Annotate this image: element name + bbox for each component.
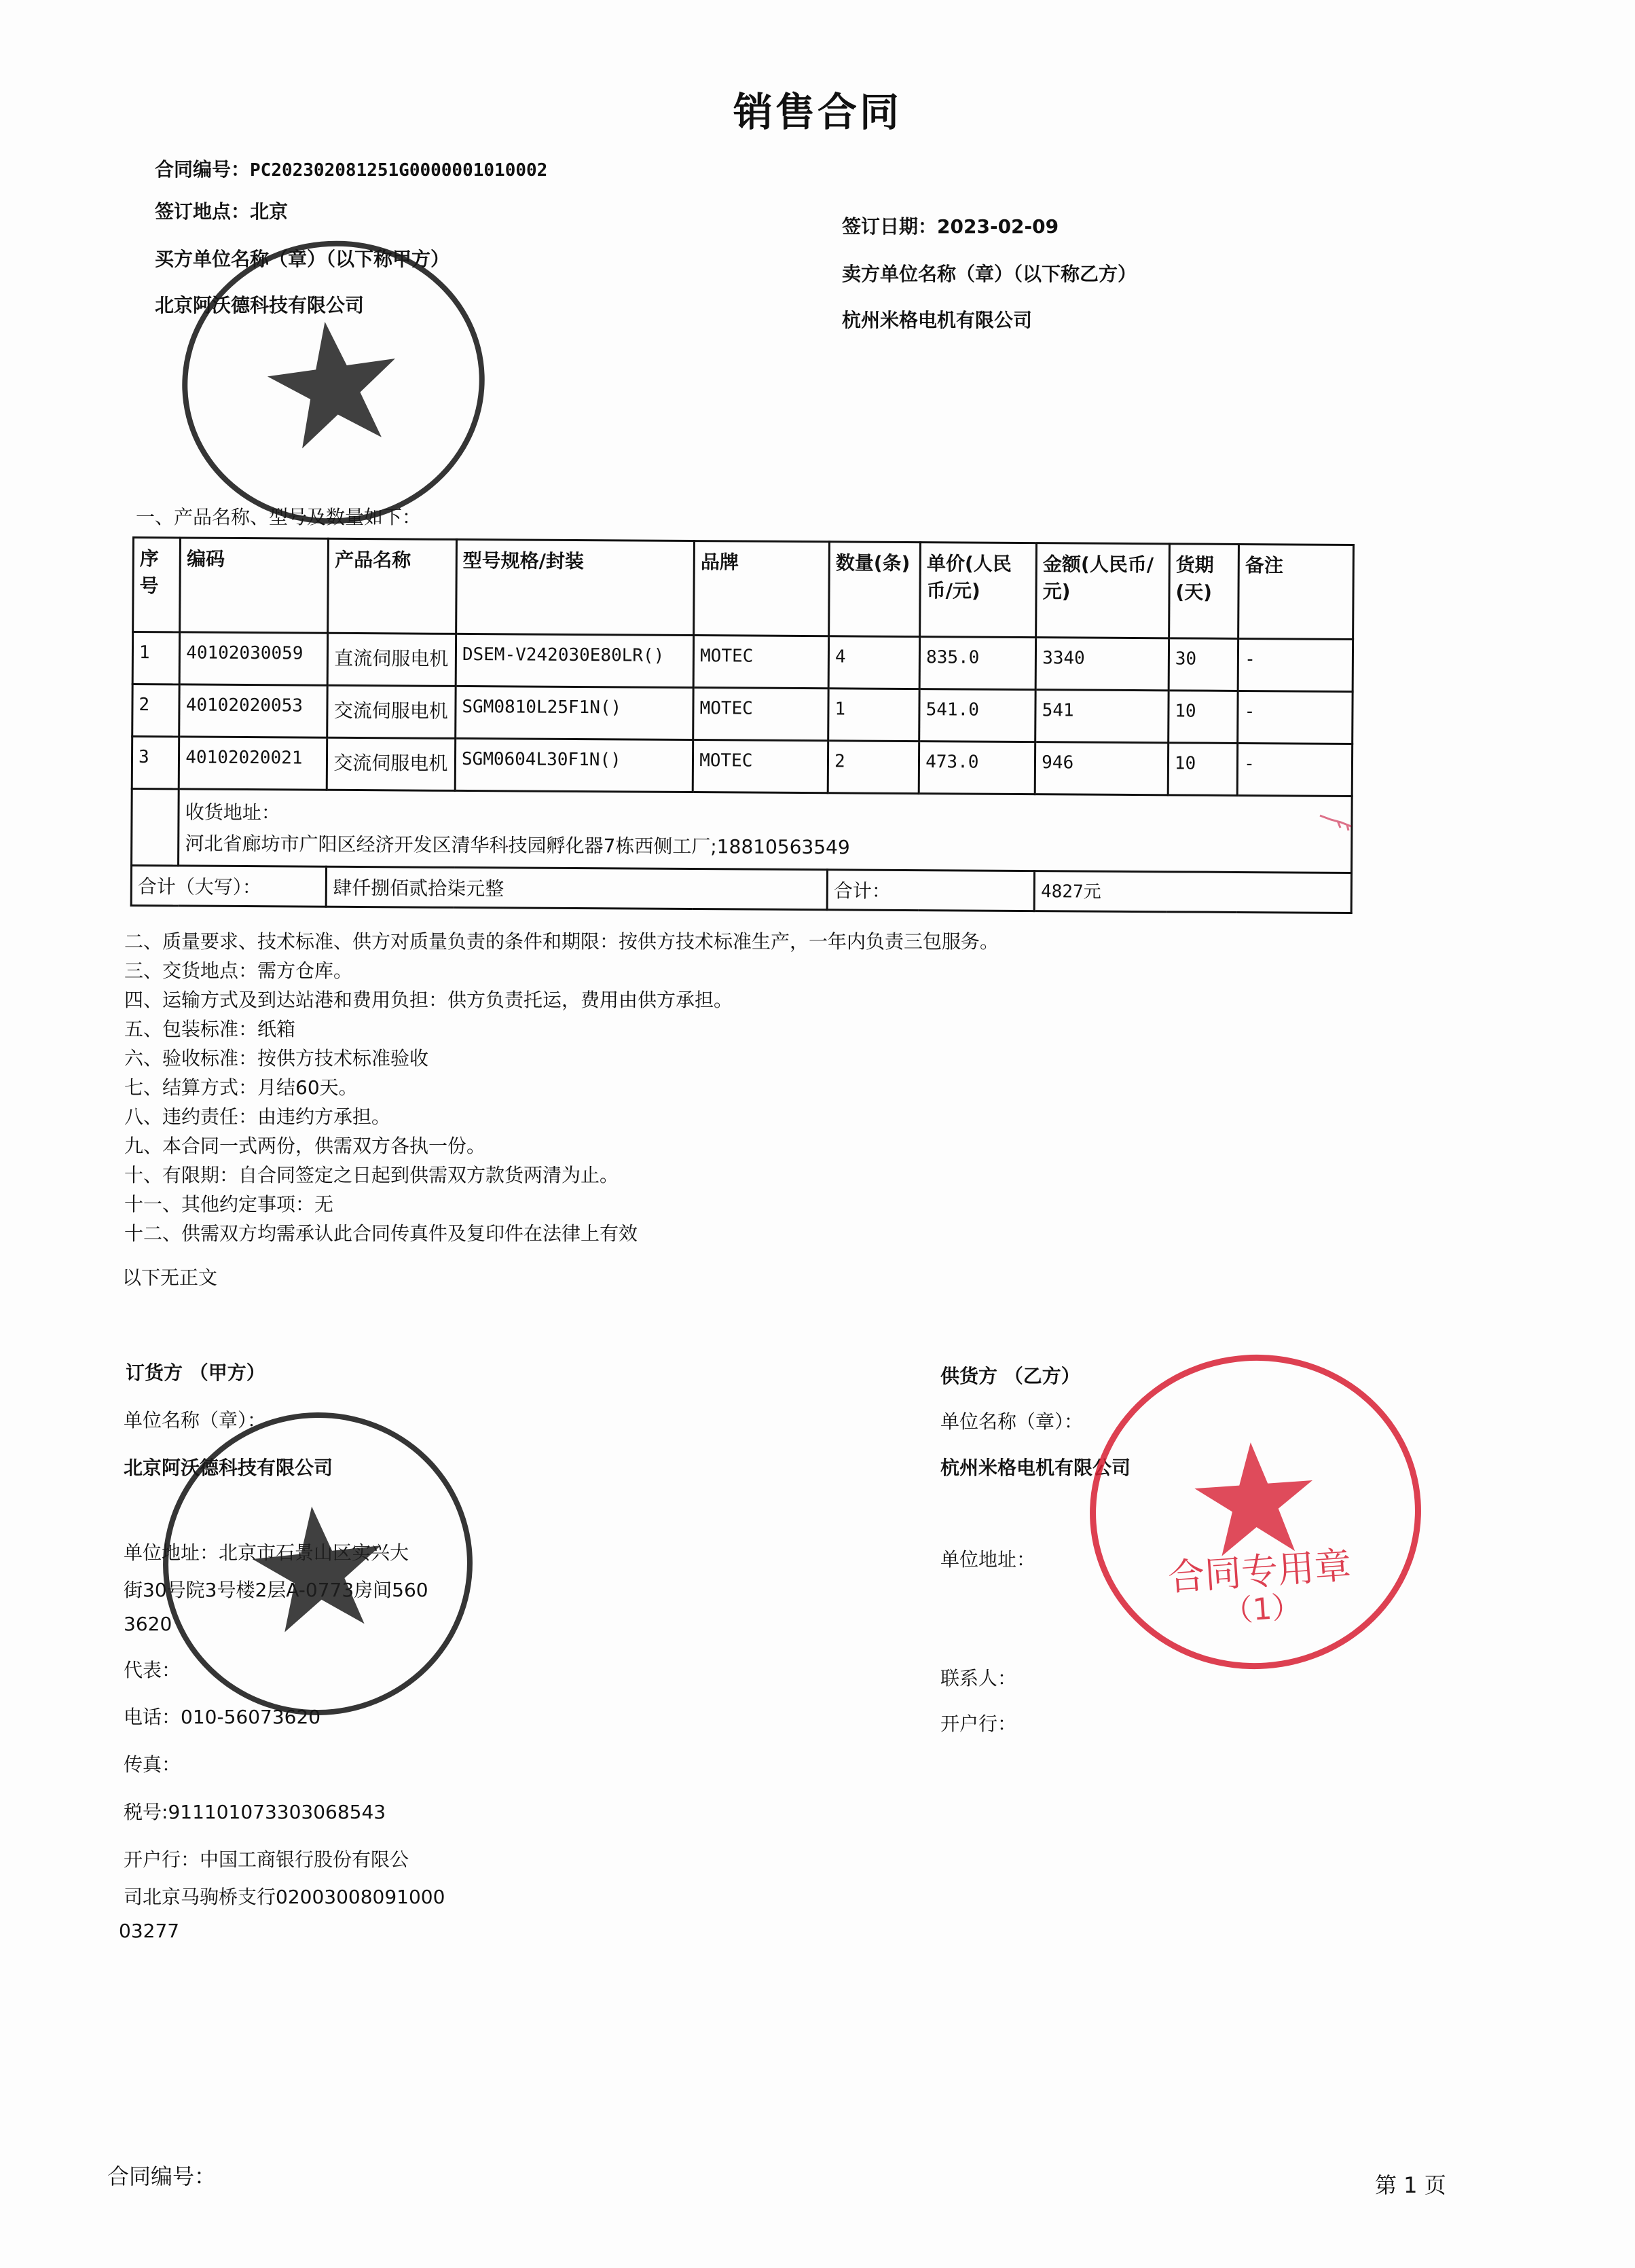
party-a-bank-line1: 开户行：中国工商银行股份有限公 xyxy=(124,1845,409,1872)
party-b-contact-label: 联系人： xyxy=(940,1664,1016,1691)
table-row: 1 40102030059 直流伺服电机 DSEM-V242030E80LR()… xyxy=(132,632,1353,692)
party-a-phone: 电话：010-56073620 xyxy=(124,1702,320,1730)
cell-code: 40102020021 xyxy=(179,737,327,790)
party-b-unit-name: 杭州米格电机有限公司 xyxy=(940,1453,1131,1480)
party-a-bank-line2: 司北京马驹桥支行02003008091000 xyxy=(124,1882,445,1909)
party-a-representative-label: 代表： xyxy=(124,1656,181,1683)
sign-date-label: 签订日期： xyxy=(842,215,937,238)
delivery-address: 河北省廊坊市广阳区经济开发区清华科技园孵化器7栋西侧工厂;18810563549 xyxy=(185,828,1345,866)
party-a-address-line2: 街30号院3号楼2层A-0773房间560 xyxy=(124,1575,428,1603)
ink-mark xyxy=(1317,811,1365,832)
star-icon xyxy=(170,227,496,537)
party-a-tax-no: 税号:911101073303068543 xyxy=(124,1797,386,1825)
cell-amount: 946 xyxy=(1035,742,1168,795)
delivery-address-row: 收货地址： 河北省廊坊市广阳区经济开发区清华科技园孵化器7栋西侧工厂;18810… xyxy=(132,789,1353,873)
sign-date: 签订日期：2023-02-09 xyxy=(842,212,1059,239)
col-header-name: 产品名称 xyxy=(328,538,456,634)
party-b-address-label: 单位地址： xyxy=(940,1545,1035,1572)
clause-9: 九、本合同一式两份，供需双方各执一份。 xyxy=(124,1131,999,1160)
cell-remark: - xyxy=(1237,743,1352,796)
col-header-amount: 金额(人民币/元) xyxy=(1036,543,1170,638)
items-table: 序号 编码 产品名称 型号规格/封装 品牌 数量(条) 单价(人民币/元) 金额… xyxy=(130,536,1355,914)
party-a-address-line1: 单位地址：北京市石景山区实兴大 xyxy=(124,1538,409,1565)
cell-unit-price: 473.0 xyxy=(919,742,1035,794)
seller-contract-seal: 合同专用章 （1） xyxy=(1079,1344,1431,1681)
party-a-bank-line3: 03277 xyxy=(119,1920,179,1942)
cell-lead-time: 10 xyxy=(1168,743,1238,796)
col-header-no: 序号 xyxy=(133,538,181,632)
total-value: 4827元 xyxy=(1034,871,1351,913)
page-number: 第 1 页 xyxy=(1375,2168,1446,2199)
party-a-fax-label: 传真： xyxy=(124,1750,181,1777)
clause-2: 二、质量要求、技术标准、供方对质量负责的条件和期限：按供方技术标准生产，一年内负… xyxy=(124,927,999,956)
end-note: 以下无正文 xyxy=(122,1263,217,1290)
col-header-unit-price: 单价(人民币/元) xyxy=(920,543,1037,638)
cell-no: 1 xyxy=(132,632,180,684)
contract-number-value: PC202302081251G0000001010002 xyxy=(250,160,547,181)
party-a-tax-no-label: 税号: xyxy=(124,1801,168,1823)
clause-10: 十、有限期：自合同签定之日起到供需双方款货两清为止。 xyxy=(124,1160,999,1190)
clause-4: 四、运输方式及到达站港和费用负担：供方负责托运，费用由供方承担。 xyxy=(124,985,999,1014)
seller-seal-index: （1） xyxy=(1101,1573,1422,1639)
cell-lead-time: 10 xyxy=(1169,691,1238,744)
buyer-label: 买方单位名称（章）（以下称甲方） xyxy=(155,244,449,272)
clause-7: 七、结算方式：月结60天。 xyxy=(124,1073,999,1102)
clause-3: 三、交货地点：需方仓库。 xyxy=(124,956,999,985)
cell-name: 交流伺服电机 xyxy=(327,737,456,790)
cell-remark: - xyxy=(1238,638,1353,691)
cell-brand: MOTEC xyxy=(693,688,828,741)
party-a-unit-name-label: 单位名称（章）： xyxy=(124,1406,266,1433)
seller-name: 杭州米格电机有限公司 xyxy=(842,306,1032,333)
clauses: 二、质量要求、技术标准、供方对质量负责的条件和期限：按供方技术标准生产，一年内负… xyxy=(124,927,999,1248)
cell-amount: 541 xyxy=(1035,690,1169,743)
cell-remark: - xyxy=(1238,691,1353,744)
total-upper-label: 合计（大写）： xyxy=(131,866,327,907)
clause-6: 六、验收标准：按供方技术标准验收 xyxy=(124,1044,999,1073)
delivery-address-cell: 收货地址： 河北省廊坊市广阳区经济开发区清华科技园孵化器7栋西侧工厂;18810… xyxy=(179,789,1352,873)
sign-place: 签订地点：北京 xyxy=(155,197,288,224)
cell-qty: 2 xyxy=(828,741,919,794)
party-b-heading: 供货方 （乙方） xyxy=(940,1361,1080,1389)
party-a-address-line3: 3620 xyxy=(124,1613,172,1635)
col-header-remark: 备注 xyxy=(1238,544,1354,639)
cell-brand: MOTEC xyxy=(693,740,828,793)
cell-qty: 1 xyxy=(828,689,920,742)
contract-number: 合同编号：PC202302081251G0000001010002 xyxy=(155,155,547,182)
col-header-code: 编码 xyxy=(180,538,329,633)
cell-qty: 4 xyxy=(828,636,920,689)
cell-no: 3 xyxy=(132,737,179,789)
col-header-lead-time: 货期(天) xyxy=(1169,544,1238,639)
party-b-bank-label: 开户行： xyxy=(940,1709,1016,1736)
cell-name: 交流伺服电机 xyxy=(327,685,456,738)
cell-lead-time: 30 xyxy=(1169,638,1238,691)
cell-amount: 3340 xyxy=(1035,638,1169,691)
party-a-tax-no-value: 911101073303068543 xyxy=(168,1801,386,1823)
party-a-phone-value: 010-56073620 xyxy=(181,1706,320,1728)
clause-5: 五、包装标准：纸箱 xyxy=(124,1014,999,1044)
col-header-brand: 品牌 xyxy=(694,541,830,636)
clause-8: 八、违约责任：由违约方承担。 xyxy=(124,1102,999,1131)
cell-name: 直流伺服电机 xyxy=(328,633,456,686)
sign-date-value: 2023-02-09 xyxy=(937,215,1059,238)
party-a-unit-name: 北京阿沃德科技有限公司 xyxy=(124,1453,333,1480)
cell-code: 40102030059 xyxy=(179,632,328,685)
sign-place-value: 北京 xyxy=(250,200,288,223)
cell-brand: MOTEC xyxy=(693,636,828,689)
page-title: 销售合同 xyxy=(0,80,1635,137)
total-row: 合计（大写）： 肆仟捌佰贰拾柒元整 合计： 4827元 xyxy=(131,866,1351,913)
items-section-heading: 一、产品名称、型号及数量如下： xyxy=(136,502,421,530)
cell-unit-price: 835.0 xyxy=(919,637,1035,690)
sign-place-label: 签订地点： xyxy=(155,200,250,223)
col-header-qty: 数量(条) xyxy=(829,542,921,637)
footer-contract-number-label: 合同编号： xyxy=(107,2159,216,2191)
total-label: 合计： xyxy=(827,870,1035,911)
party-b-unit-name-label: 单位名称（章）： xyxy=(940,1407,1083,1434)
party-a-phone-label: 电话： xyxy=(124,1706,181,1728)
table-row: 3 40102020021 交流伺服电机 SGM0604L30F1N() MOT… xyxy=(132,737,1352,797)
table-header-row: 序号 编码 产品名称 型号规格/封装 品牌 数量(条) 单价(人民币/元) 金额… xyxy=(133,538,1354,640)
star-icon xyxy=(1086,1350,1425,1674)
cell-model: SGM0810L25F1N() xyxy=(456,686,694,739)
cell-no: 2 xyxy=(132,684,180,737)
seller-seal-purpose: 合同专用章 xyxy=(1099,1531,1420,1606)
cell-model: DSEM-V242030E80LR() xyxy=(456,634,694,687)
cell-code: 40102020053 xyxy=(179,684,328,737)
party-a-heading: 订货方 （甲方） xyxy=(126,1358,265,1385)
clause-12: 十二、供需双方均需承认此合同传真件及复印件在法律上有效 xyxy=(124,1219,999,1248)
table-row: 2 40102020053 交流伺服电机 SGM0810L25F1N() MOT… xyxy=(132,684,1353,744)
col-header-model: 型号规格/封装 xyxy=(456,539,695,635)
contract-number-label: 合同编号： xyxy=(155,158,250,181)
buyer-name: 北京阿沃德科技有限公司 xyxy=(155,291,364,318)
cell-unit-price: 541.0 xyxy=(919,689,1035,742)
cell-model: SGM0604L30F1N() xyxy=(455,738,693,792)
seller-label: 卖方单位名称（章）（以下称乙方） xyxy=(842,259,1137,287)
clause-11: 十一、其他约定事项：无 xyxy=(124,1190,999,1219)
total-upper-value: 肆仟捌佰贰拾柒元整 xyxy=(327,866,828,910)
